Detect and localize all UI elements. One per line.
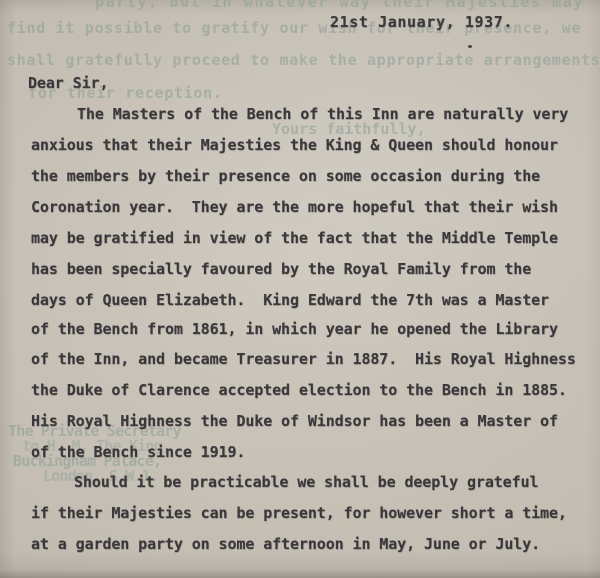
paragraph2-line: Should it be practicable we shall be dee… bbox=[74, 473, 538, 491]
paragraph1-line: The Masters of the Bench of this Inn are… bbox=[77, 105, 568, 123]
salutation-line: Dear Sir, bbox=[28, 74, 108, 92]
date-line: 21st January, 1937. bbox=[330, 13, 513, 31]
bleedthrough-line: party, but in whatever way their Majesti… bbox=[95, 0, 584, 11]
paragraph1-line: of the Inn, and became Treasurer in 1887… bbox=[31, 350, 576, 368]
letter-page: party, but in whatever way their Majesti… bbox=[0, 0, 600, 578]
paragraph1-line: may be gratified in view of the fact tha… bbox=[31, 229, 558, 247]
ink-speck-dot bbox=[468, 45, 472, 48]
paragraph2-line: at a garden party on some afternoon in M… bbox=[31, 535, 540, 553]
bleedthrough-line: shall gratefully proceed to make the app… bbox=[7, 51, 600, 69]
paragraph1-line: His Royal Highness the Duke of Windsor h… bbox=[31, 412, 558, 430]
paragraph1-line: anxious that their Majesties the King & … bbox=[31, 136, 558, 154]
paragraph1-line: the Duke of Clarence accepted election t… bbox=[31, 381, 567, 399]
paragraph1-line: days of Queen Elizabeth. King Edward the… bbox=[31, 291, 549, 309]
paragraph2-line: if their Majesties can be present, for h… bbox=[31, 504, 567, 522]
paragraph1-line: the members by their presence on some oc… bbox=[31, 167, 540, 185]
paragraph1-line: has been specially favoured by the Royal… bbox=[31, 260, 531, 278]
paragraph1-line: of the Bench since 1919. bbox=[31, 443, 245, 461]
paragraph1-line: of the Bench from 1861, in which year he… bbox=[31, 320, 558, 338]
paragraph1-line: Coronation year. They are the more hopef… bbox=[31, 198, 558, 216]
